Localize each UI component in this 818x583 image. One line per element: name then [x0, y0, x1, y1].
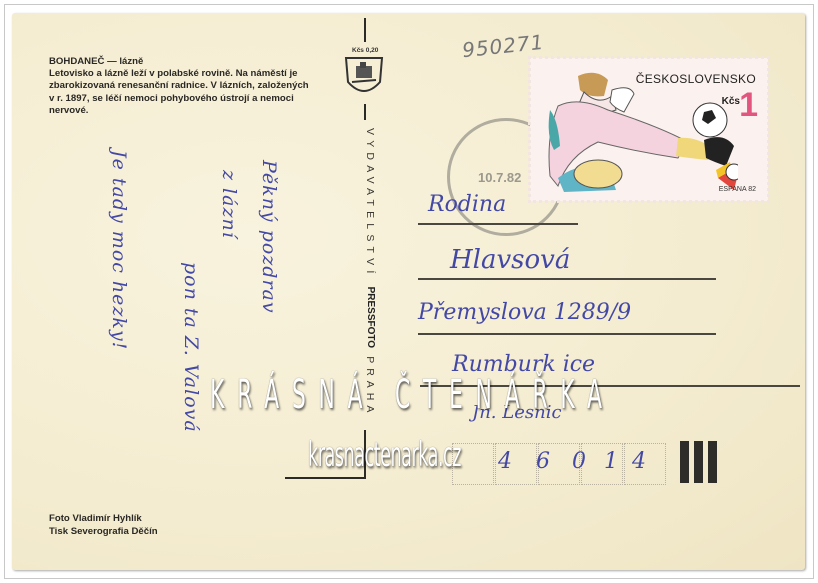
- divider-foot: [285, 477, 366, 479]
- zip-digit: 6: [536, 449, 550, 474]
- publisher-logo-icon: [342, 52, 386, 102]
- stamp-country: ČESKOSLOVENSKO: [636, 72, 756, 86]
- postmark-date: 10.7.82: [478, 170, 521, 185]
- message-line-2: z lázní: [218, 170, 240, 239]
- stamp-currency: Kčs: [722, 96, 740, 107]
- message-line-3: pon ta Z. Valová: [180, 262, 202, 433]
- photo-credit: Foto Vladimír Hyhlík: [49, 512, 158, 525]
- pressfoto-mark: PRESSFOTO: [365, 287, 376, 349]
- stamp-caption: ESPANA 82: [719, 186, 756, 193]
- zip-digit: 1: [604, 449, 618, 474]
- watermark-title: KRÁSNÁ ČTENÁŘKA: [210, 372, 615, 418]
- address-rule-3: [418, 333, 716, 335]
- divider-top: [364, 18, 366, 42]
- credits-block: Foto Vladimír Hyhlík Tisk Severografia D…: [49, 512, 158, 538]
- stamp-value: 1: [739, 86, 758, 125]
- postal-bar: [708, 441, 717, 483]
- message-line-4: Je tady moc hezky!: [108, 150, 130, 350]
- postal-bar: [680, 441, 689, 483]
- zip-digit: 4: [498, 449, 512, 474]
- address-rule-1: [418, 223, 578, 225]
- watermark-url: krasnactenarka.cz: [308, 435, 461, 475]
- divider-mid: [364, 104, 366, 120]
- zip-digit: 4: [632, 449, 646, 474]
- caption-block: BOHDANEČ — lázně Letovisko a lázně leží …: [49, 56, 309, 117]
- zip-digit: 0: [572, 449, 586, 474]
- postage-stamp: ČESKOSLOVENSKO Kčs 1 ESPANA 82: [530, 58, 768, 201]
- publisher-name: VYDAVATELSTVÍ: [364, 128, 376, 278]
- address-line-1: Rodina: [428, 192, 506, 217]
- address-line-3: Přemyslova 1289/9: [418, 300, 631, 325]
- message-line-1: Pěkný pozdrav: [258, 160, 280, 314]
- caption-body: Letovisko a lázně leží v polabské rovině…: [49, 68, 309, 116]
- caption-title: BOHDANEČ — lázně: [49, 56, 309, 68]
- postal-bar: [694, 441, 703, 483]
- address-line-2: Hlavsová: [450, 245, 570, 275]
- address-rule-2: [418, 278, 716, 280]
- print-credit: Tisk Severografia Děčín: [49, 525, 158, 538]
